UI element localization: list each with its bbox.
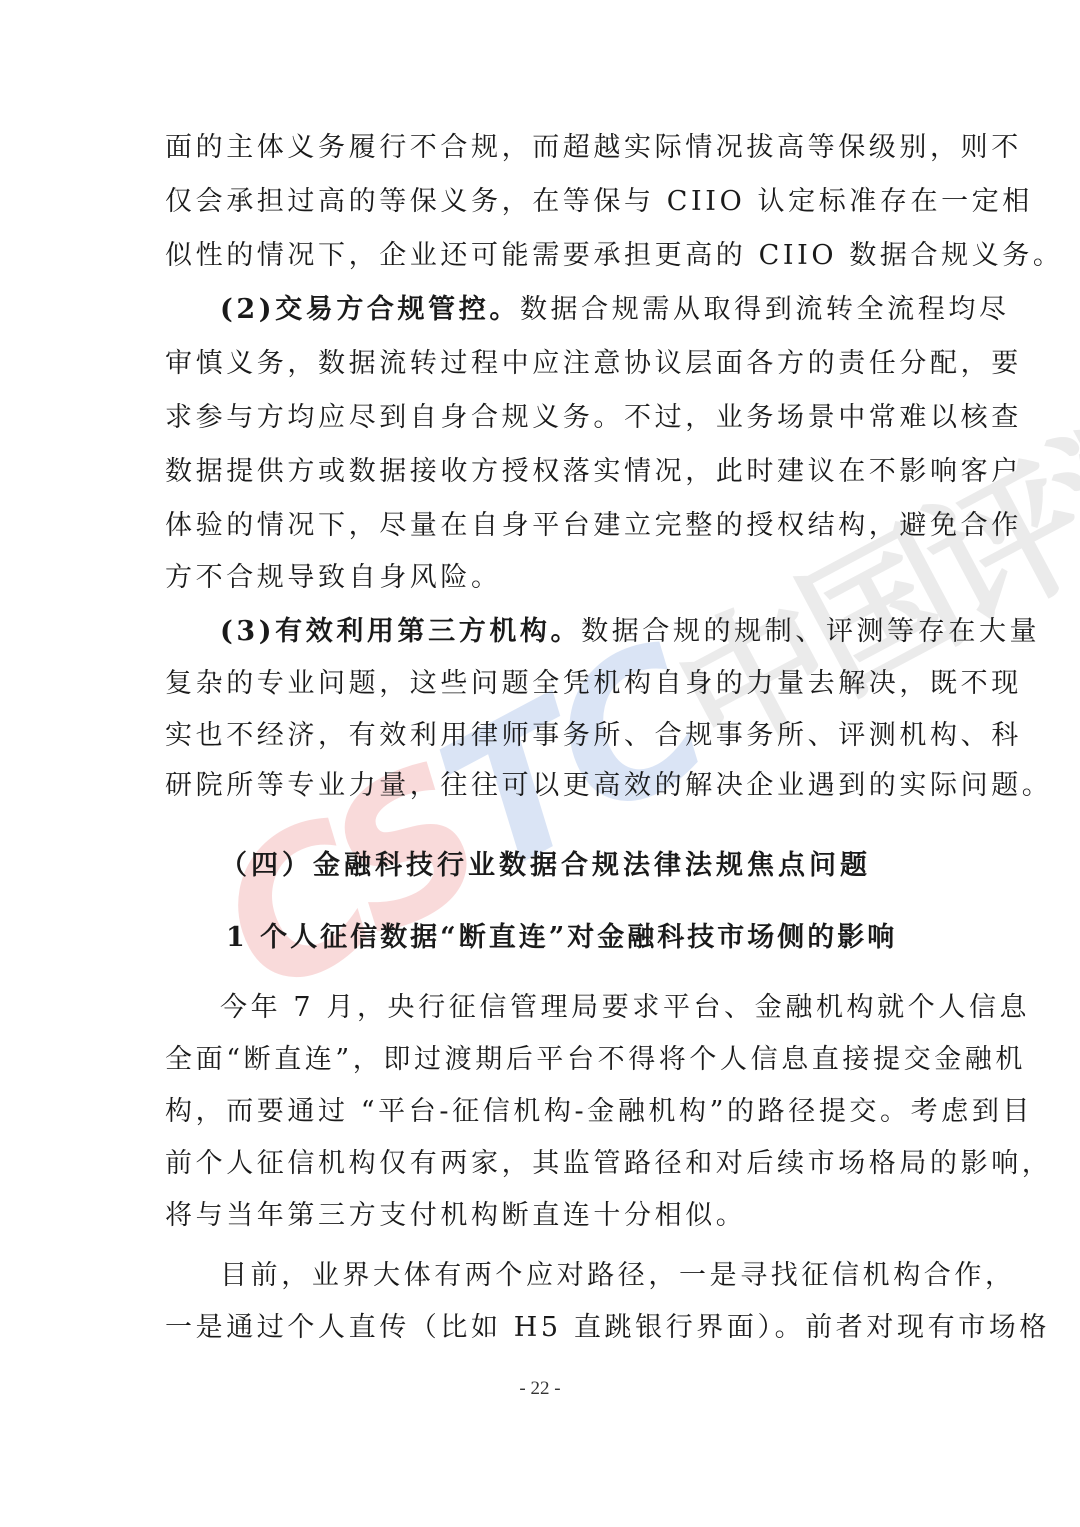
paragraph-4-line-1: 今年 7 月，央行征信管理局要求平台、金融机构就个人信息	[220, 988, 917, 1028]
paragraph-2-line-1-text: 数据合规需从取得到流转全流程均尽	[520, 294, 1010, 325]
paragraph-2-line-6: 方不合规导致自身风险。	[165, 558, 917, 598]
paragraph-2-line-2: 审慎义务，数据流转过程中应注意协议层面各方的责任分配，要	[165, 344, 917, 384]
paragraph-3-line-3: 实也不经济，有效利用律师事务所、合规事务所、评测机构、科	[165, 716, 917, 756]
paragraph-2-line-1: (2)交易方合规管控。数据合规需从取得到流转全流程均尽	[220, 290, 917, 330]
paragraph-5-line-2: 一是通过个人直传（比如 H5 直跳银行界面）。前者对现有市场格	[165, 1308, 917, 1348]
paragraph-3-line-4: 研院所等专业力量，往往可以更高效的解决企业遇到的实际问题。	[165, 766, 917, 806]
paragraph-2-line-3: 求参与方均应尽到自身合规义务。不过，业务场景中常难以核查	[165, 398, 917, 438]
paragraph-4-line-5: 将与当年第三方支付机构断直连十分相似。	[165, 1196, 917, 1236]
paragraph-2-line-4: 数据提供方或数据接收方授权落实情况，此时建议在不影响客户	[165, 452, 917, 492]
paragraph-5-line-1: 目前，业界大体有两个应对路径，一是寻找征信机构合作，	[220, 1256, 917, 1296]
page-number: - 22 -	[0, 1378, 1080, 1400]
section-heading: （四）金融科技行业数据合规法律法规焦点问题	[220, 846, 871, 886]
paragraph-3-line-1-text: 数据合规的规制、评测等存在大量	[581, 616, 1040, 647]
document-page: CSTC中国评测 面的主体义务履行不合规，而超越实际情况拔高等保级别，则不 仅会…	[0, 0, 1080, 1527]
paragraph-3-line-2: 复杂的专业问题，这些问题全凭机构自身的力量去解决，既不现	[165, 664, 917, 704]
paragraph-1-line-3: 似性的情况下，企业还可能需要承担更高的 CIIO 数据合规义务。	[165, 236, 917, 276]
paragraph-2-lead: (2)交易方合规管控。	[220, 294, 520, 325]
paragraph-1-line-2: 仅会承担过高的等保义务，在等保与 CIIO 认定标准存在一定相	[165, 182, 917, 222]
paragraph-1-line-1: 面的主体义务履行不合规，而超越实际情况拔高等保级别，则不	[165, 128, 917, 168]
paragraph-2-line-5: 体验的情况下，尽量在自身平台建立完整的授权结构，避免合作	[165, 506, 917, 546]
paragraph-4-line-3: 构，而要通过 “平台-征信机构-金融机构”的路径提交。考虑到目	[165, 1092, 917, 1132]
paragraph-4-line-2: 全面“断直连”，即过渡期后平台不得将个人信息直接提交金融机	[165, 1040, 917, 1080]
paragraph-3-lead: (3)有效利用第三方机构。	[220, 616, 581, 647]
paragraph-3-line-1: (3)有效利用第三方机构。数据合规的规制、评测等存在大量	[220, 612, 917, 652]
subsection-heading: 1 个人征信数据“断直连”对金融科技市场侧的影响	[226, 918, 897, 958]
paragraph-4-line-4: 前个人征信机构仅有两家，其监管路径和对后续市场格局的影响，	[165, 1144, 917, 1184]
